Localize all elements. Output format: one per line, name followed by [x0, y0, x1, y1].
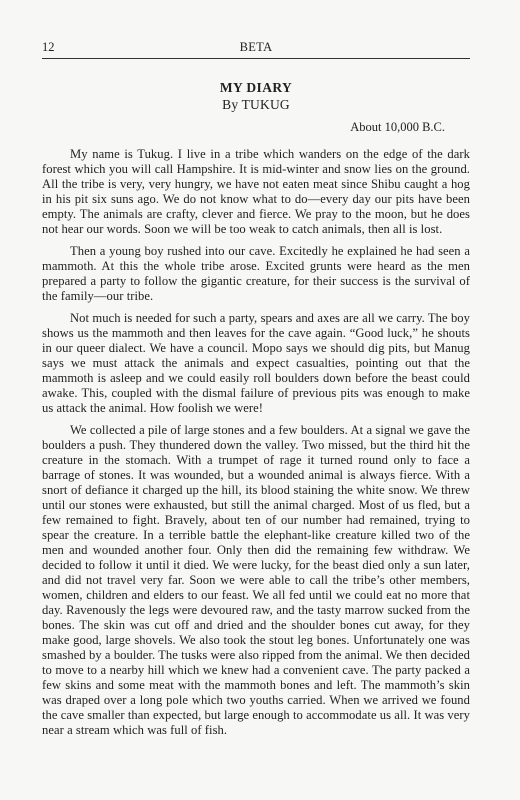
paragraph: My name is Tukug. I live in a tribe whic…: [42, 147, 470, 237]
article-byline: By TUKUG: [42, 97, 470, 113]
running-header: 12 BETA: [42, 0, 470, 59]
journal-name: BETA: [42, 40, 470, 55]
paragraph: Then a young boy rushed into our cave. E…: [42, 244, 470, 304]
article-title: MY DIARY: [42, 80, 470, 96]
paragraph: We collected a pile of large stones and …: [42, 423, 470, 738]
article-dateline: About 10,000 B.C.: [42, 120, 445, 135]
article: MY DIARY By TUKUG About 10,000 B.C. My n…: [42, 80, 470, 738]
paragraph: Not much is needed for such a party, spe…: [42, 311, 470, 416]
document-page: 12 BETA MY DIARY By TUKUG About 10,000 B…: [42, 0, 470, 738]
